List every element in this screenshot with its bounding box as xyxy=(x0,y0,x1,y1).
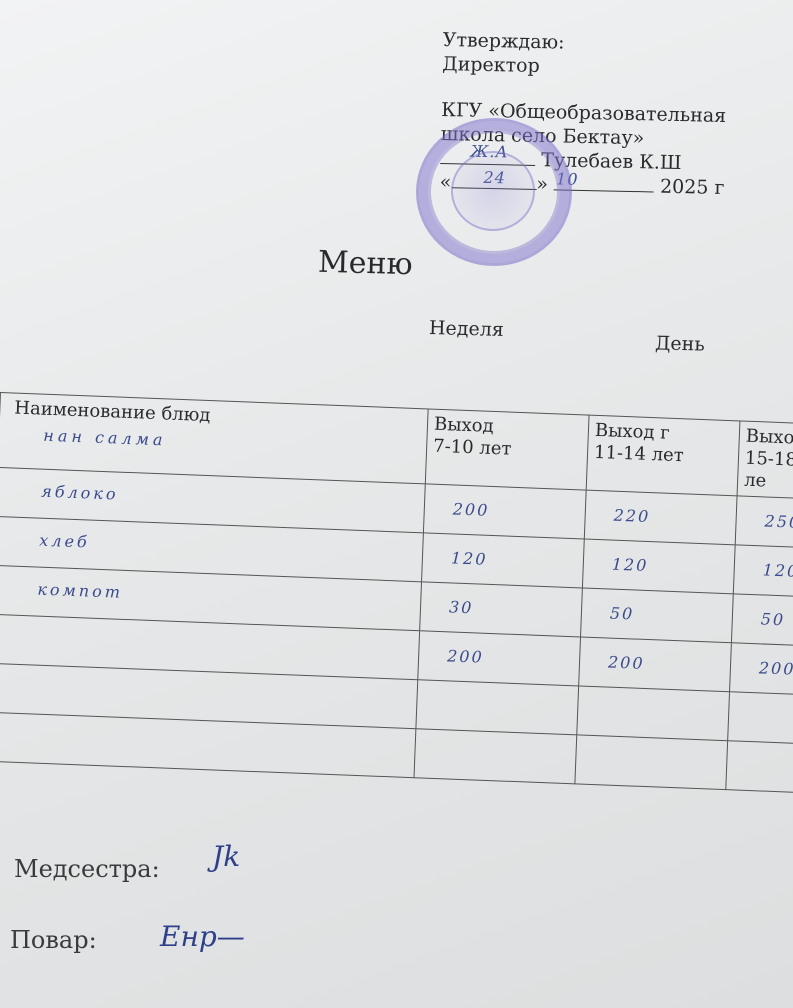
signature-blank: Ж.А xyxy=(440,147,535,166)
yield-value: 120 xyxy=(451,548,488,568)
yield-value: 120 xyxy=(611,555,648,575)
date-year: 2025 г xyxy=(660,176,725,199)
dish-name: хлеб xyxy=(39,531,90,552)
header-yield-11-14: Выход г11-14 лет xyxy=(586,415,740,496)
yield-value: 120 xyxy=(762,560,793,580)
yield-value: 200 xyxy=(759,658,793,678)
yield-value: 50 xyxy=(760,609,785,629)
yield-value: 220 xyxy=(613,506,650,526)
menu-document: Утверждаю: Директор КГУ «Общеобразовател… xyxy=(0,0,793,1008)
page-title: Меню xyxy=(318,245,413,282)
header-yield-7-10: Выход7-10 лет xyxy=(425,409,589,490)
handwritten-dish: нан салма xyxy=(43,425,167,452)
day-label: День xyxy=(655,332,705,355)
date-month-blank: 10 xyxy=(554,173,654,192)
nurse-signature: Jk xyxy=(212,840,240,873)
yield-value: 50 xyxy=(610,604,635,624)
cook-label: Повар: xyxy=(10,926,97,954)
header-text: Выход xyxy=(434,414,494,437)
header-text: 11-14 лет xyxy=(594,442,684,466)
date-month: 10 xyxy=(556,167,579,191)
date-open-quote: « xyxy=(440,171,452,193)
date-close-quote: » xyxy=(536,173,548,195)
header-text: Выход г xyxy=(745,426,793,450)
nurse-label: Медсестра: xyxy=(14,855,160,883)
yield-value: 250 xyxy=(764,511,793,531)
header-text: Выход г xyxy=(595,420,671,444)
header-dish-label: Наименование блюд xyxy=(14,398,211,428)
dish-name: компот xyxy=(37,580,123,602)
date-day-blank: 24 xyxy=(451,171,536,190)
week-label: Неделя xyxy=(429,317,504,341)
yield-value: 200 xyxy=(447,646,484,666)
yield-value: 200 xyxy=(608,653,645,673)
cook-signature: Енр— xyxy=(160,920,245,953)
header-yield-15-18: Выход г15-18 ле xyxy=(737,421,793,499)
yield-value: 30 xyxy=(449,597,474,617)
header-text: 15-18 ле xyxy=(744,448,793,492)
menu-table: Наименование блюд нан салма Выход7-10 ле… xyxy=(0,392,793,794)
yield-value: 200 xyxy=(452,499,489,519)
header-text: 7-10 лет xyxy=(433,436,512,460)
director-signature: Ж.А xyxy=(470,140,509,165)
date-day: 24 xyxy=(483,166,506,190)
approval-block: Утверждаю: Директор КГУ «Общеобразовател… xyxy=(440,28,783,201)
dish-name: яблоко xyxy=(41,482,119,504)
